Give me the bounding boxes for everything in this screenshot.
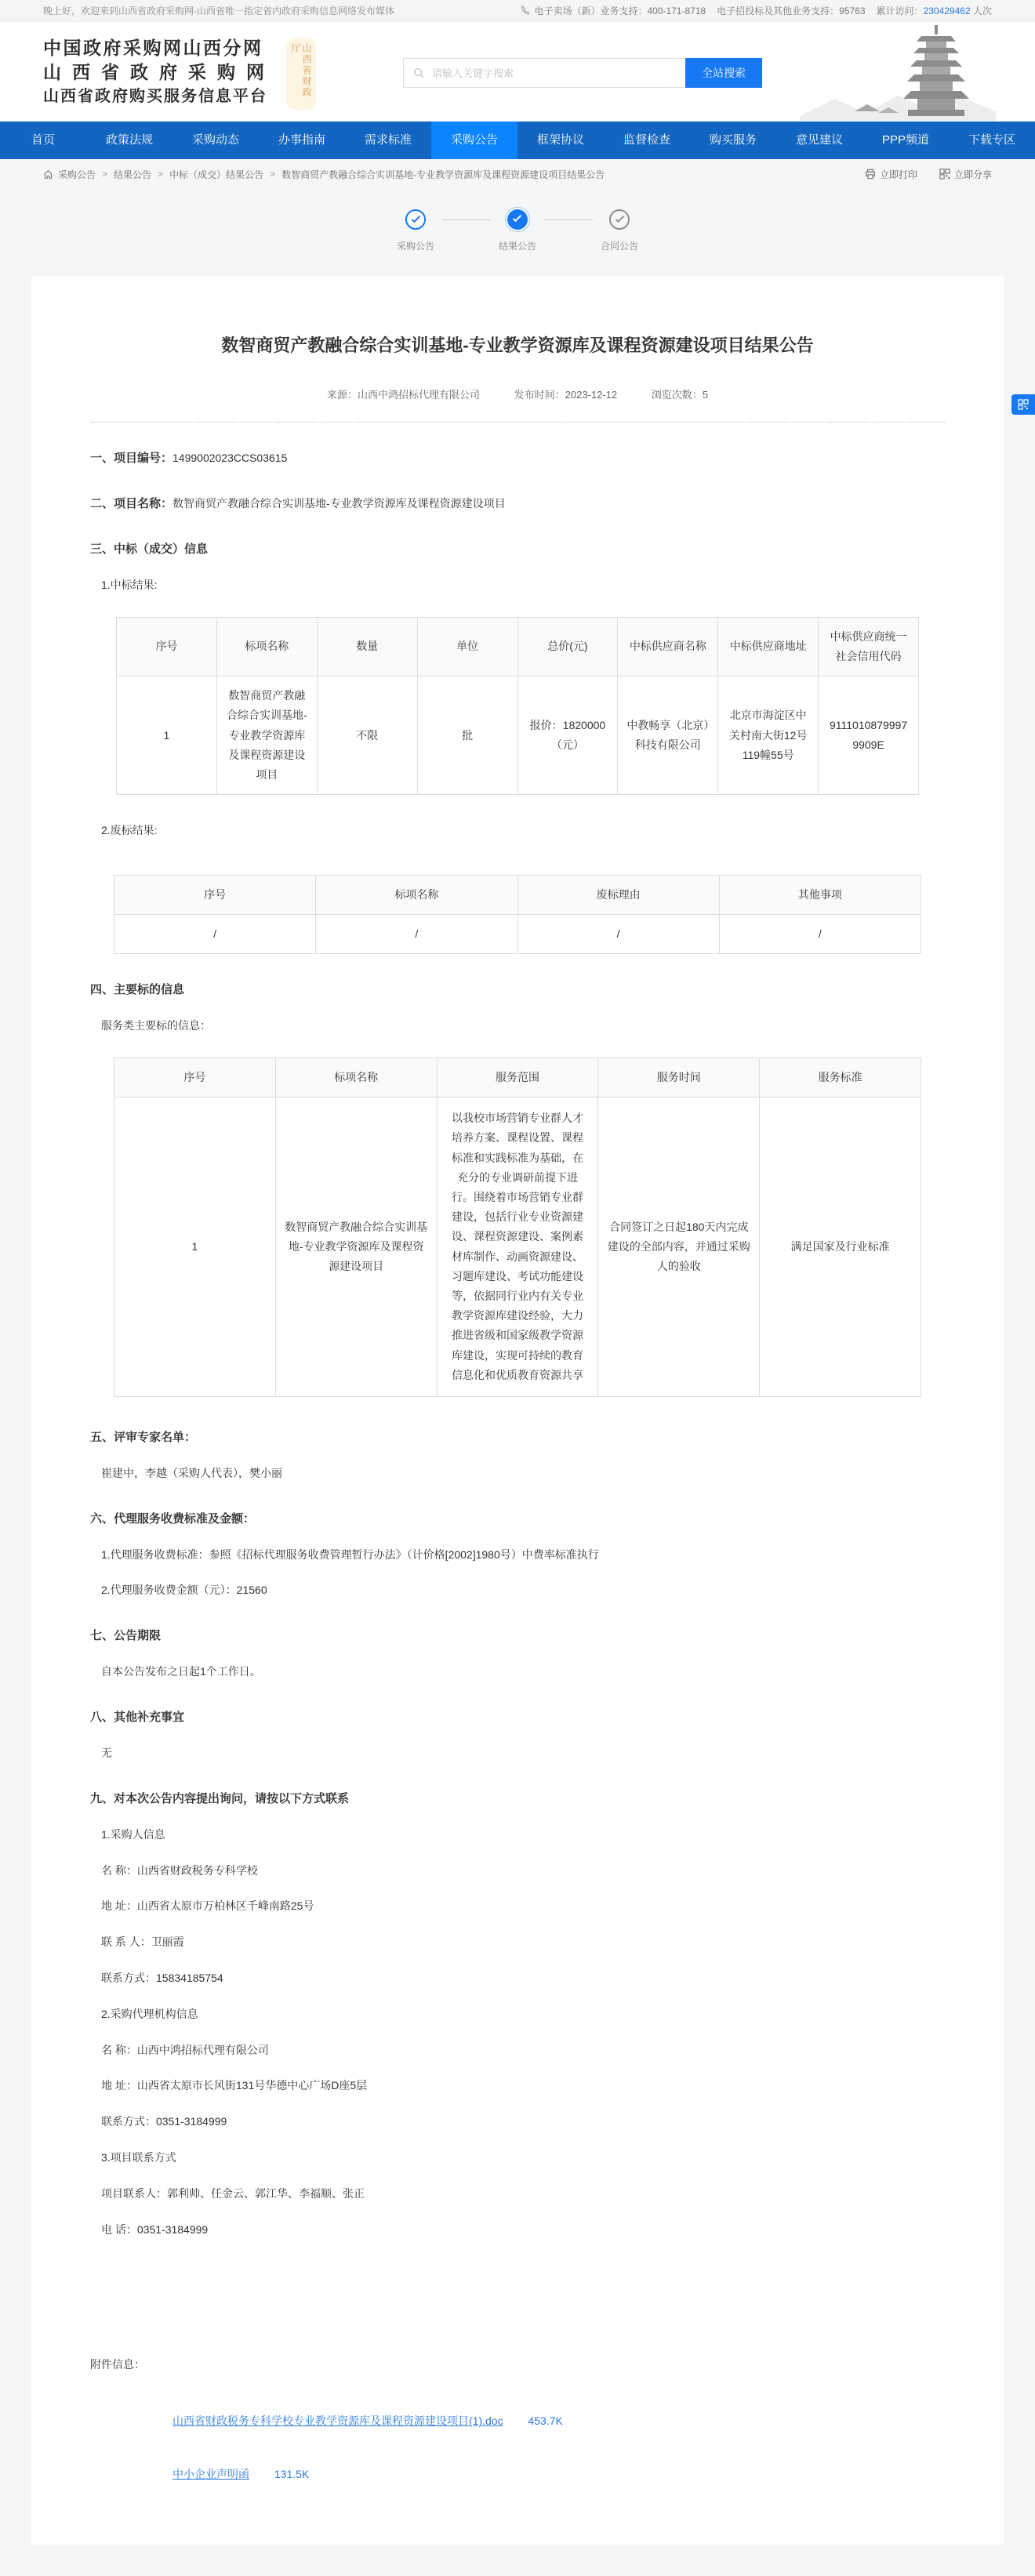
topbar-greeting: 晚上好，欢迎来到山西省政府采购网-山西省唯一指定省内政府采购信息网络发布媒体 xyxy=(43,4,394,17)
site-header: 中国政府采购网山西分网 山西省政府采购网 山西省政府购买服务信息平台 山西省财政… xyxy=(0,22,1035,122)
other-matters-text: 无 xyxy=(101,1744,945,1763)
agency-fee-amount: 2.代理服务收费金额（元）：21560 xyxy=(101,1581,945,1600)
divider xyxy=(90,422,945,423)
project-number: 1499002023CCS03615 xyxy=(172,452,287,464)
search-bar: 全站搜索 xyxy=(403,58,762,88)
topbar: 晚上好，欢迎来到山西省政府采购网-山西省唯一指定省内政府采购信息网络发布媒体 电… xyxy=(0,0,1035,22)
section-main-subject-info: 四、主要标的信息 xyxy=(90,981,945,1000)
table-header-row: 序号 标项名称 服务范围 服务时间 服务标准 xyxy=(114,1058,921,1098)
agency-fee-standard: 1.代理服务收费标准：参照《招标代理服务收费管理暂行办法》（计价格[2002]1… xyxy=(101,1546,945,1565)
agent-name: 名 称：山西中鸿招标代理有限公司 xyxy=(101,2041,945,2060)
buyer-contact-person: 联 系 人：卫丽霞 xyxy=(101,1933,945,1952)
buyer-name: 名 称：山西省财政税务专科学校 xyxy=(101,1862,945,1881)
step-result-announcement[interactable]: 结果公告 xyxy=(492,209,543,252)
nav-item-feedback[interactable]: 意见建议 xyxy=(776,122,862,159)
step-label: 结果公告 xyxy=(499,239,536,252)
service-scope: 以我校市场营销专业群人才培养方案、课程设置、课程标准和实践标准为基础，在充分的专… xyxy=(437,1098,598,1397)
attachment-item: 中小企业声明函 131.5K xyxy=(172,2466,945,2482)
expert-names: 崔建中，李越（采购人代表），樊小丽 xyxy=(101,1464,945,1483)
section-project-number: 一、项目编号：1499002023CCS03615 xyxy=(90,449,945,468)
attachment-link-doc[interactable]: 山西省财政税务专科学校专业教学资源库及课程资源建设项目(1).doc xyxy=(172,2415,503,2427)
print-button[interactable]: 立即打印 xyxy=(865,168,917,181)
step-connector xyxy=(442,220,491,220)
step-contract-announcement[interactable]: 合同公告 xyxy=(594,209,645,252)
finance-department-badge: 山西省财政厅 xyxy=(286,38,316,110)
table-header-row: 序号 标项名称 数量 单位 总价(元) 中标供应商名称 中标供应商地址 中标供应… xyxy=(117,617,919,676)
invalid-bid-subtitle: 2.废标结果: xyxy=(101,822,945,840)
article-view-count: 浏览次数：5 xyxy=(652,389,708,401)
breadcrumb-item-current-page: 数智商贸产教融合综合实训基地-专业教学资源库及课程资源建设项目结果公告 xyxy=(281,168,605,181)
nav-item-downloads[interactable]: 下载专区 xyxy=(949,122,1035,159)
lot-name: 数智商贸产教融合综合实训基地-专业教学资源库及课程资源建设项目 xyxy=(216,677,317,795)
section-announcement-period: 七、公告期限 xyxy=(90,1627,945,1645)
section-award-info: 三、中标（成交）信息 xyxy=(90,540,945,559)
printer-icon xyxy=(865,169,876,180)
buyer-address: 地 址：山西省太原市万柏林区千峰南路25号 xyxy=(101,1897,945,1916)
nav-item-procurement-announcements[interactable]: 采购公告 xyxy=(431,122,517,159)
breadcrumb-item-result-announcements[interactable]: 结果公告 xyxy=(114,168,151,181)
side-float-widget[interactable] xyxy=(1011,394,1035,415)
pagoda-tower-image xyxy=(800,24,996,121)
table-row: 1 数智商贸产教融合综合实训基地-专业教学资源库及课程资源建设项目 不限 批 报… xyxy=(117,677,919,795)
breadcrumb: 采购公告 > 结果公告 > 中标（成交）结果公告 > 数智商贸产教融合综合实训基… xyxy=(43,168,605,181)
breadcrumb-separator: > xyxy=(158,169,163,180)
breadcrumb-bar: 采购公告 > 结果公告 > 中标（成交）结果公告 > 数智商贸产教融合综合实训基… xyxy=(0,159,1035,189)
site-title-line3: 山西省政府购买服务信息平台 xyxy=(43,85,278,108)
step-label: 采购公告 xyxy=(397,239,434,252)
announcement-period-text: 自本公告发布之日起1个工作日。 xyxy=(101,1663,945,1682)
nav-item-ppp-channel[interactable]: PPP频道 xyxy=(862,122,949,159)
lot-number: 1 xyxy=(117,677,217,795)
breadcrumb-separator: > xyxy=(270,169,275,180)
agent-info-title: 2.采购代理机构信息 xyxy=(101,2005,945,2024)
nav-item-purchase-services[interactable]: 购买服务 xyxy=(690,122,776,159)
breadcrumb-separator: > xyxy=(102,169,107,180)
attachment-item: 山西省财政税务专科学校专业教学资源库及课程资源建设项目(1).doc 453.7… xyxy=(172,2413,945,2429)
breadcrumb-item-award-results[interactable]: 中标（成交）结果公告 xyxy=(169,168,263,181)
attachment-size: 131.5K xyxy=(274,2468,309,2480)
section-contact-info: 九、对本次公告内容提出询问，请按以下方式联系 xyxy=(90,1790,945,1809)
step-procurement-announcement[interactable]: 采购公告 xyxy=(390,209,441,252)
project-contact-persons: 项目联系人：郭利帅、任金云、郭江华、李福顺、张正 xyxy=(101,2185,945,2204)
check-circle-pending-icon xyxy=(609,209,630,230)
search-icon xyxy=(413,67,424,78)
buyer-info-title: 1.采购人信息 xyxy=(101,1826,945,1845)
award-result-table: 序号 标项名称 数量 单位 总价(元) 中标供应商名称 中标供应商地址 中标供应… xyxy=(116,617,919,795)
nav-item-demand-standards[interactable]: 需求标准 xyxy=(345,122,431,159)
attachments-label: 附件信息： xyxy=(90,2356,945,2372)
section-agency-fee: 六、代理服务收费标准及金额： xyxy=(90,1510,945,1529)
total-price: 报价：1820000（元） xyxy=(517,677,618,795)
quantity: 不限 xyxy=(317,677,417,795)
breadcrumb-item-announcements[interactable]: 采购公告 xyxy=(58,168,96,181)
search-button[interactable]: 全站搜索 xyxy=(685,58,762,88)
nav-item-policies[interactable]: 政策法规 xyxy=(86,122,172,159)
share-button[interactable]: 立即分享 xyxy=(939,168,992,181)
award-result-subtitle: 1.中标结果: xyxy=(101,576,945,595)
table-row: 1 数智商贸产教融合综合实训基地-专业教学资源库及课程资源建设项目 以我校市场营… xyxy=(114,1098,921,1397)
nav-item-service-guide[interactable]: 办事指南 xyxy=(259,122,345,159)
supplier-address: 北京市海淀区中关村南大街12号119幢55号 xyxy=(718,677,819,795)
section-project-name: 二、项目名称：数智商贸产教融合综合实训基地-专业教学资源库及课程资源建设项目 xyxy=(90,495,945,513)
support-ecommerce: 电子卖场（新）业务支持：400-171-8718 xyxy=(521,4,706,17)
invalid-bid-table: 序号 标项名称 废标理由 其他事项 / / / / xyxy=(114,875,921,954)
section-expert-list: 五、评审专家名单： xyxy=(90,1428,945,1447)
check-circle-done-icon xyxy=(405,209,426,230)
qr-share-icon xyxy=(939,169,950,180)
agent-address: 地 址：山西省太原市长风街131号华德中心广场D座5层 xyxy=(101,2077,945,2095)
project-name: 数智商贸产教融合综合实训基地-专业教学资源库及课程资源建设项目 xyxy=(172,497,506,510)
article-meta: 来源：山西中鸿招标代理有限公司 发布时间：2023-12-12 浏览次数：5 xyxy=(90,386,945,401)
announcement-card: 数智商贸产教融合综合实训基地-专业教学资源库及课程资源建设项目结果公告 来源：山… xyxy=(31,276,1004,2545)
supplier-name: 中教畅享（北京）科技有限公司 xyxy=(618,677,718,795)
nav-item-home[interactable]: 首页 xyxy=(0,122,86,159)
article-publish-time: 发布时间：2023-12-12 xyxy=(514,389,618,401)
search-input[interactable] xyxy=(430,67,676,80)
service-lot-number: 1 xyxy=(114,1098,276,1397)
supplier-credit-code: 91110108799979909E xyxy=(819,677,919,795)
phone-icon xyxy=(521,5,530,15)
project-contact-phone: 电 话：0351-3184999 xyxy=(101,2221,945,2240)
service-lot-name: 数智商贸产教融合综合实训基地-专业教学资源库及课程资源建设项目 xyxy=(275,1098,437,1397)
step-label: 合同公告 xyxy=(601,239,638,252)
home-icon[interactable] xyxy=(43,169,53,180)
service-subject-table: 序号 标项名称 服务范围 服务时间 服务标准 1 数智商贸产教融合综合实训基地-… xyxy=(114,1058,921,1397)
section-other-matters: 八、其他补充事宜 xyxy=(90,1708,945,1727)
agent-phone: 联系方式：0351-3184999 xyxy=(101,2113,945,2132)
main-nav: 首页 政策法规 采购动态 办事指南 需求标准 采购公告 框架协议 监督检查 购买… xyxy=(0,122,1035,159)
table-header-row: 序号 标项名称 废标理由 其他事项 xyxy=(114,875,921,914)
step-connector xyxy=(544,220,593,220)
site-title-line2: 山西省政府采购网 xyxy=(43,60,278,85)
service-standard: 满足国家及行业标准 xyxy=(760,1098,921,1397)
attachment-link-sme-declaration[interactable]: 中小企业声明函 xyxy=(172,2468,249,2480)
buyer-phone: 联系方式：15834185754 xyxy=(101,1969,945,1988)
table-row: / / / / xyxy=(114,915,921,954)
attachment-size: 453.7K xyxy=(528,2415,562,2427)
check-circle-active-icon xyxy=(507,209,528,230)
nav-item-framework-agreements[interactable]: 框架协议 xyxy=(517,122,604,159)
service-time: 合同签订之日起180天内完成建设的全部内容，并通过采购人的验收 xyxy=(598,1098,760,1397)
article-source: 来源：山西中鸿招标代理有限公司 xyxy=(327,389,480,401)
visit-count: 230429462 xyxy=(924,5,971,16)
project-contact-title: 3.项目联系方式 xyxy=(101,2149,945,2168)
nav-item-procurement-news[interactable]: 采购动态 xyxy=(172,122,259,159)
nav-item-supervision[interactable]: 监督检查 xyxy=(604,122,690,159)
support-bidding: 电子招投标及其他业务支持：95763 xyxy=(717,4,865,17)
site-title-line1: 中国政府采购网山西分网 xyxy=(43,36,278,60)
qr-icon xyxy=(1018,399,1029,410)
unit: 批 xyxy=(417,677,517,795)
announcement-steps: 采购公告 结果公告 合同公告 xyxy=(0,189,1035,276)
visit-counter: 累计访问：230429462 人次 xyxy=(877,4,992,17)
service-subject-subtitle: 服务类主要标的信息： xyxy=(101,1017,945,1036)
page-title: 数智商贸产教融合综合实训基地-专业教学资源库及课程资源建设项目结果公告 xyxy=(90,332,945,358)
